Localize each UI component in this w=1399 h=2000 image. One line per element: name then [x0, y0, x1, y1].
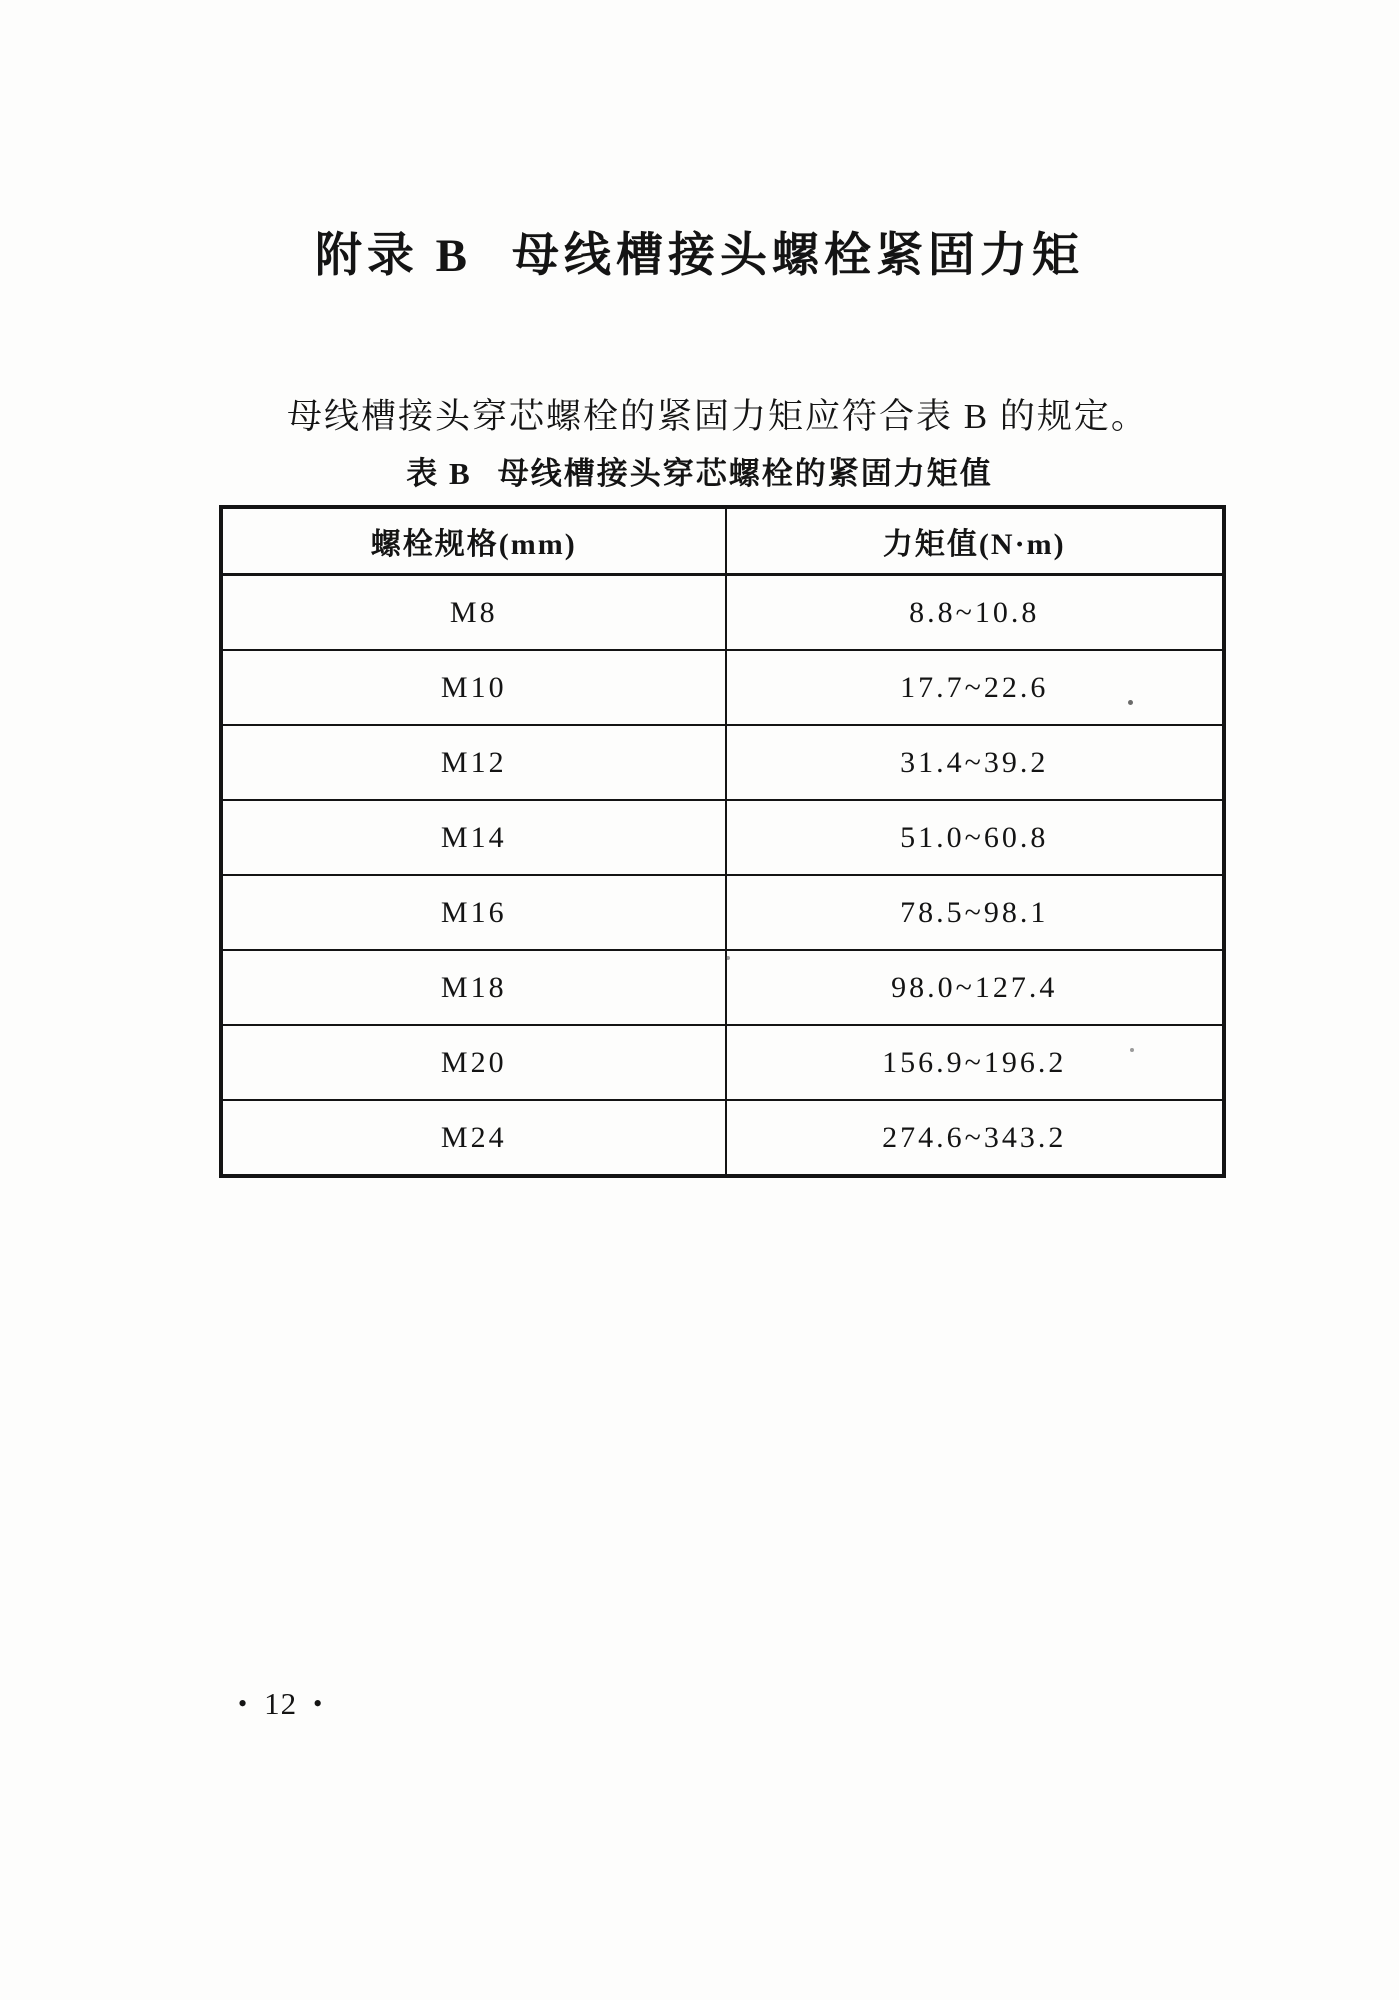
column-header-torque: 力矩值(N·m)	[726, 507, 1225, 575]
torque-cell: 8.8~10.8	[726, 575, 1225, 651]
scan-speck	[726, 956, 730, 960]
table-row: M16 78.5~98.1	[221, 875, 1224, 950]
torque-cell: 156.9~196.2	[726, 1025, 1225, 1100]
torque-cell: 98.0~127.4	[726, 950, 1225, 1025]
spec-cell: M20	[221, 1025, 726, 1100]
torque-cell: 17.7~22.6	[726, 650, 1225, 725]
table-row: M24 274.6~343.2	[221, 1100, 1224, 1176]
document-page: 附录 B母线槽接头螺栓紧固力矩 母线槽接头穿芯螺栓的紧固力矩应符合表 B 的规定…	[0, 0, 1399, 2000]
table-caption-label: 表 B	[406, 456, 471, 491]
torque-cell: 78.5~98.1	[726, 875, 1225, 950]
table-caption-title: 母线槽接头穿芯螺栓的紧固力矩值	[498, 456, 993, 491]
page-number: •12•	[238, 1686, 323, 1722]
spec-cell: M24	[221, 1100, 726, 1176]
spec-cell: M12	[221, 725, 726, 800]
scan-speck	[1128, 700, 1133, 705]
spec-cell: M14	[221, 800, 726, 875]
table-row: M12 31.4~39.2	[221, 725, 1224, 800]
intro-paragraph: 母线槽接头穿芯螺栓的紧固力矩应符合表 B 的规定。	[287, 389, 1148, 439]
torque-cell: 274.6~343.2	[726, 1100, 1225, 1176]
appendix-title: 附录 B母线槽接头螺栓紧固力矩	[0, 218, 1399, 285]
spec-cell: M16	[221, 875, 726, 950]
spec-cell: M8	[221, 575, 726, 651]
torque-cell: 51.0~60.8	[726, 800, 1225, 875]
header-row: 螺栓规格(mm) 力矩值(N·m)	[221, 507, 1224, 575]
table-row: M18 98.0~127.4	[221, 950, 1224, 1025]
appendix-subject: 母线槽接头螺栓紧固力矩	[512, 230, 1084, 282]
table-row: M10 17.7~22.6	[221, 650, 1224, 725]
table-row: M8 8.8~10.8	[221, 575, 1224, 651]
appendix-label: 附录 B	[315, 230, 472, 282]
column-header-spec: 螺栓规格(mm)	[221, 507, 726, 575]
torque-cell: 31.4~39.2	[726, 725, 1225, 800]
spec-cell: M10	[221, 650, 726, 725]
spec-cell: M18	[221, 950, 726, 1025]
page-number-dot-left: •	[238, 1689, 248, 1718]
page-number-dot-right: •	[313, 1689, 323, 1718]
table-row: M14 51.0~60.8	[221, 800, 1224, 875]
page-number-value: 12	[264, 1686, 297, 1721]
table-caption: 表 B母线槽接头穿芯螺栓的紧固力矩值	[0, 448, 1399, 493]
torque-table: 螺栓规格(mm) 力矩值(N·m) M8 8.8~10.8 M10 17.7~2…	[219, 505, 1226, 1178]
table-row: M20 156.9~196.2	[221, 1025, 1224, 1100]
scan-speck	[1130, 1048, 1134, 1052]
